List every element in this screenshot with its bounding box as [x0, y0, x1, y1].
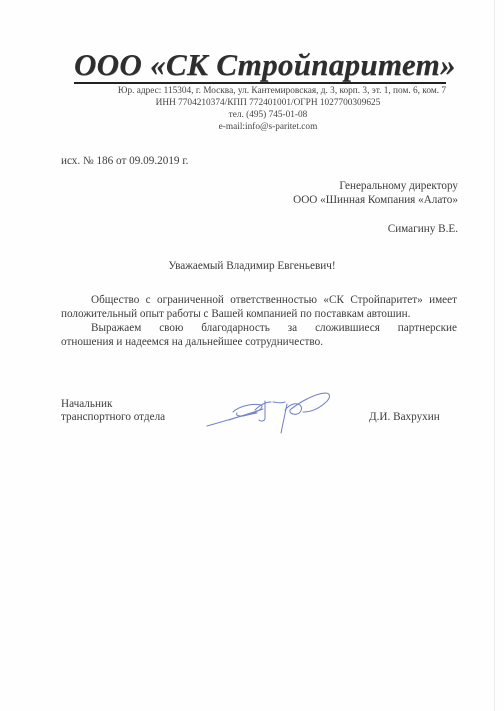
- paragraph-gratitude-line-2: отношения и надеемся на дальнейшее сотру…: [61, 336, 323, 348]
- company-email: e-mail:info@s-paritet.com: [74, 121, 434, 133]
- recipient-name: Симагину В.Е.: [388, 222, 458, 236]
- letter-page: ООО «СК Стройпаритет» Юр. адрес: 115304,…: [0, 0, 504, 711]
- scan-edge-line: [494, 0, 495, 711]
- signatory-name: Д.И. Вахрухин: [369, 410, 440, 424]
- company-phone: тел. (495) 745-01-08: [74, 109, 434, 121]
- registration-numbers: ИНН 7704210374/КПП 772401001/ОГРН 102770…: [74, 97, 434, 109]
- signatory-title-line-1: Начальник: [61, 397, 112, 411]
- signature-icon: [205, 388, 335, 438]
- salutation: Уважаемый Владимир Евгеньевич!: [0, 259, 504, 273]
- paragraph-experience: Общество с ограниченной ответственностью…: [61, 293, 457, 321]
- signatory-title-line-2: транспортного отдела: [61, 410, 165, 424]
- letterhead-underline: [74, 82, 446, 84]
- outgoing-reference: исх. № 186 от 09.09.2019 г.: [61, 154, 188, 168]
- recipient-organization: ООО «Шинная Компания «Алато»: [293, 193, 458, 207]
- company-logo-title: ООО «СК Стройпаритет»: [74, 48, 446, 82]
- legal-address: Юр. адрес: 115304, г. Москва, ул. Кантем…: [74, 85, 446, 97]
- paragraph-gratitude: Выражаем свою благодарность за сложившие…: [61, 321, 457, 349]
- recipient-position: Генеральному директору: [339, 179, 458, 193]
- paragraph-gratitude-line-1: Выражаем свою благодарность за сложившие…: [61, 321, 457, 335]
